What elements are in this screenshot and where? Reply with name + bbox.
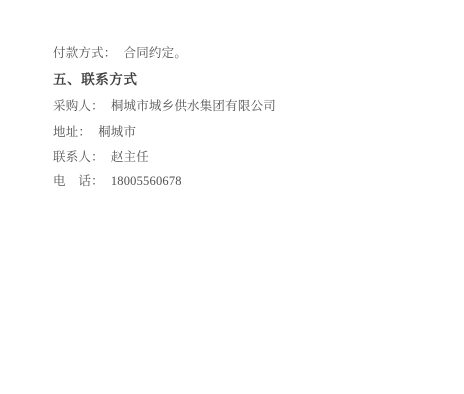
phone-value: 18005560678: [111, 174, 182, 188]
contact-person-value: 赵主任: [111, 150, 149, 164]
contact-person-label: 联系人：: [53, 150, 104, 164]
document-page: 付款方式：合同约定。 五、联系方式 采购人：桐城市城乡供水集团有限公司 地址：桐…: [0, 0, 464, 394]
section-heading-contact-info: 五、联系方式: [53, 72, 138, 88]
phone-label: 电 话：: [53, 174, 104, 188]
phone-line: 电 话：18005560678: [53, 174, 182, 188]
payment-method-line: 付款方式：合同约定。: [53, 46, 187, 60]
purchaser-value: 桐城市城乡供水集团有限公司: [111, 99, 276, 113]
contact-person-line: 联系人：赵主任: [53, 150, 149, 164]
payment-method-value: 合同约定。: [124, 46, 188, 60]
address-line: 地址：桐城市: [53, 125, 136, 139]
address-label: 地址：: [53, 125, 91, 139]
address-value: 桐城市: [98, 125, 136, 139]
payment-method-label: 付款方式：: [53, 46, 117, 60]
purchaser-line: 采购人：桐城市城乡供水集团有限公司: [53, 99, 276, 113]
purchaser-label: 采购人：: [53, 99, 104, 113]
